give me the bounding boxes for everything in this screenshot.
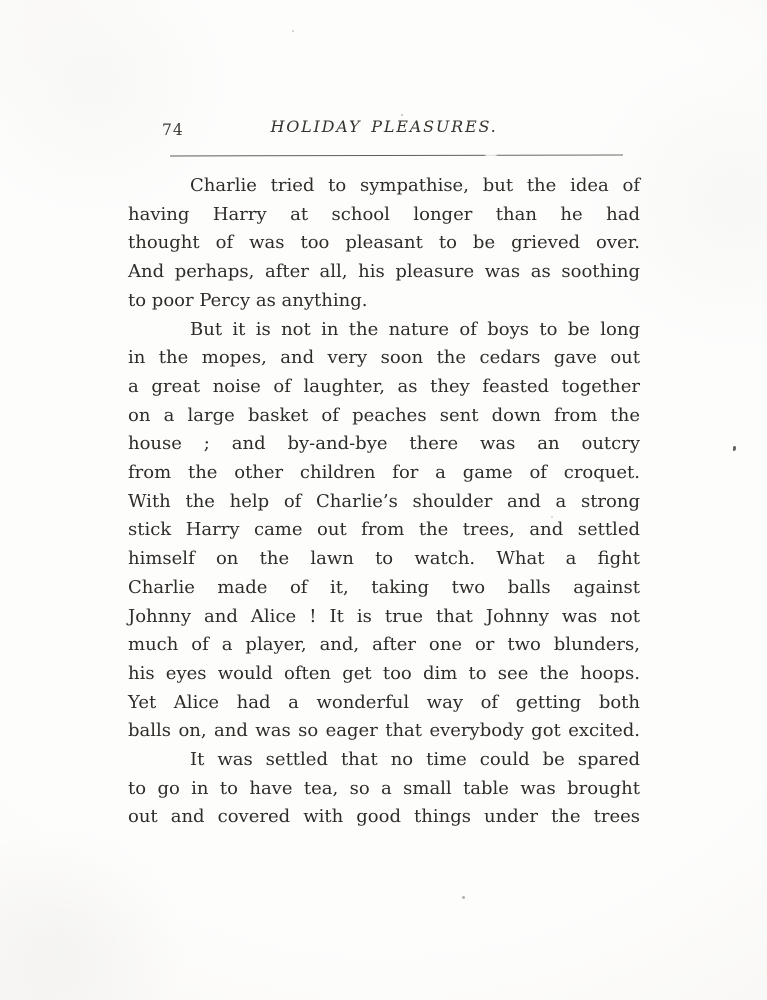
text-line: Charlie made of it, taking two balls aga… (128, 574, 640, 603)
book-page: 74 HOLIDAY PLEASURES. Charlie tried to s… (0, 0, 767, 1000)
text-line: himself on the lawn to watch. What a fig… (128, 545, 640, 574)
text-line: stick Harry came out from the trees, and… (128, 516, 640, 545)
text-line: to poor Percy as anything. (128, 287, 640, 316)
text-line: It was settled that no time could be spa… (128, 746, 640, 775)
running-header: 74 HOLIDAY PLEASURES. (128, 115, 640, 145)
paragraph: But it is not in the nature of boys to b… (128, 316, 640, 747)
text-line: a great noise of laughter, as they feast… (128, 373, 640, 402)
text-line: Johnny and Alice ! It is true that Johnn… (128, 603, 640, 632)
paragraph: Charlie tried to sympathise, but the ide… (128, 172, 640, 316)
text-line: Yet Alice had a wonderful way of getting… (128, 689, 640, 718)
text-line: balls on, and was so eager that everybod… (128, 717, 640, 746)
scan-speck (462, 896, 465, 899)
text-line: thought of was too pleasant to be grieve… (128, 229, 640, 258)
text-line: But it is not in the nature of boys to b… (128, 316, 640, 345)
text-line: on a large basket of peaches sent down f… (128, 402, 640, 431)
paragraph: It was settled that no time could be spa… (128, 746, 640, 832)
text-line: With the help of Charlie’s shoulder and … (128, 488, 640, 517)
text-line: having Harry at school longer than he ha… (128, 201, 640, 230)
scan-speck (733, 446, 736, 451)
header-rule (170, 155, 623, 158)
text-line: in the mopes, and very soon the cedars g… (128, 344, 640, 373)
text-line: Charlie tried to sympathise, but the ide… (128, 172, 640, 201)
text-line: much of a player, and, after one or two … (128, 631, 640, 660)
body-text: Charlie tried to sympathise, but the ide… (128, 172, 640, 832)
text-line: to go in to have tea, so a small table w… (128, 775, 640, 804)
text-line: And perhaps, after all, his pleasure was… (128, 258, 640, 287)
text-line: his eyes would often get too dim to see … (128, 660, 640, 689)
text-line: out and covered with good things under t… (128, 803, 640, 832)
header-title: HOLIDAY PLEASURES. (128, 117, 640, 136)
text-line: from the other children for a game of cr… (128, 459, 640, 488)
text-line: house ; and by-and-bye there was an outc… (128, 430, 640, 459)
scan-speck (292, 30, 294, 32)
